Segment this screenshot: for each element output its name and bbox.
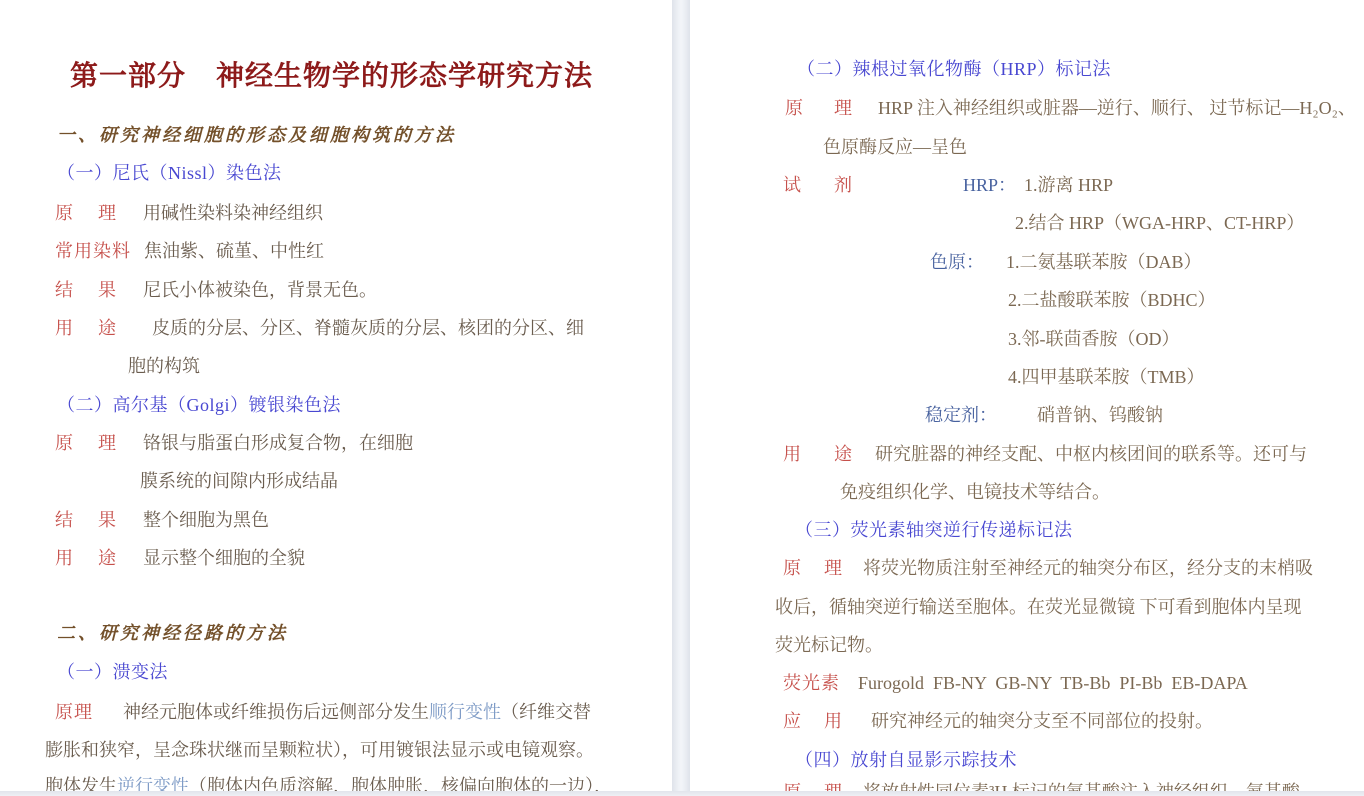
body-text: 焦油紫、硫堇、中性红 [144, 242, 324, 261]
body-text: 显示整个细胞的全貌 [143, 549, 305, 568]
page-gap-divider [672, 0, 690, 796]
degeneration-wrap-1: 膨胀和狭窄，呈念珠状继而呈颗粒状），可用镀银法显示或电镜观察。 [45, 741, 594, 760]
label-text: 应 [783, 712, 802, 731]
section-text: 一、研究神经细胞的形态及细胞构筑的方法 [57, 126, 456, 145]
label-text: 用 [55, 549, 74, 568]
body-text: 3.邻-联茴香胺（OD） [1008, 330, 1180, 349]
heading-text: （二）高尔基（Golgi）镀银染色法 [57, 396, 341, 415]
label-text: 原 [785, 99, 804, 118]
body-text: 1.二氨基联苯胺（DAB） [1006, 253, 1202, 272]
bluelabel-text: 色原： [930, 253, 984, 272]
hrp-principle-wrap: 色原酶反应—呈色 [823, 138, 967, 157]
body-text: 免疫组织化学、电镜技术等结合。 [840, 483, 1110, 502]
label-text: 果 [98, 511, 117, 530]
label-text: 理 [824, 559, 843, 578]
bluelabel-text: 稳定剂： [925, 406, 997, 425]
fluorescent-use: 应用研究神经元的轴突分支至不同部位的投射。 [783, 712, 1213, 731]
body-text: 硝普钠、钨酸钠 [1037, 406, 1163, 425]
chromogen-2: 2.二盐酸联苯胺（BDHC） [1008, 291, 1216, 310]
section-2-heading: 二、研究神经径路的方法 [57, 624, 288, 643]
label-text: 荧光素 [783, 674, 840, 693]
golgi-principle: 原理铬银与脂蛋白形成复合物，在细胞 [55, 434, 413, 453]
body-text: 神经元胞体或纤维损伤后远侧部分发生 [123, 703, 429, 722]
nissl-use: 用途皮质的分层、分区、脊髓灰质的分层、核团的分区、细 [55, 319, 584, 338]
stabilizer: 稳定剂：硝普钠、钨酸钠 [925, 406, 1163, 425]
label-text: 果 [98, 281, 117, 300]
body-text: 整个细胞为黑色 [143, 511, 269, 530]
label-text: 原 [783, 559, 802, 578]
label-text: 理 [98, 434, 117, 453]
degeneration-heading: （一）溃变法 [57, 663, 168, 682]
body-text: 1.游离 HRP [1024, 176, 1113, 195]
title-text: 第一部分 [70, 61, 186, 91]
nissl-use-wrap: 胞的构筑 [128, 357, 200, 376]
body-text: 研究神经元的轴突分支至不同部位的投射。 [871, 712, 1213, 731]
chromogen-4: 4.四甲基联苯胺（TMB） [1008, 368, 1205, 387]
body-text: 尼氏小体被染色，背景无色。 [143, 281, 377, 300]
label-text: 结 [55, 281, 74, 300]
label-text: 途 [98, 549, 117, 568]
page-right: （二）辣根过氧化物酶（HRP）标记法原理HRP 注入神经组织或脏器—逆行、顺行、… [690, 0, 1364, 796]
page-left: 第一部分神经生物学的形态学研究方法一、研究神经细胞的形态及细胞构筑的方法（一）尼… [0, 0, 672, 796]
nissl-result: 结果尼氏小体被染色，背景无色。 [55, 281, 377, 300]
fluorescent-principle: 原理将荧光物质注射至神经元的轴突分布区，经分支的末梢吸 [783, 559, 1313, 578]
chromogen-3: 3.邻-联茴香胺（OD） [1008, 330, 1180, 349]
fluorescent-wrap-1: 收后，循轴突逆行输送至胞体。在荧光显微镜 下可看到胞体内呈现 [775, 598, 1302, 617]
fluorescent-wrap-2: 荧光标记物。 [775, 636, 883, 655]
label-text: 常用染料 [55, 242, 131, 261]
hrp-reagent-2: 2.结合 HRP（WGA-HRP、CT-HRP） [1015, 214, 1304, 233]
body-text: 研究脏器的神经支配、中枢内核团间的联系等。还可与 [875, 445, 1307, 464]
label-text: 理 [834, 99, 853, 118]
label-text: 途 [834, 445, 853, 464]
body-text: 荧光标记物。 [775, 636, 883, 655]
autoradiography-heading: （四）放射自显影示踪技术 [795, 751, 1017, 770]
bottom-page-edge [0, 791, 1364, 796]
label-text: 试 [783, 176, 802, 195]
golgi-principle-wrap: 膜系统的间隙内形成结晶 [140, 472, 338, 491]
section-1-heading: 一、研究神经细胞的形态及细胞构筑的方法 [57, 126, 456, 145]
label-text: 原理 [55, 703, 93, 722]
label-text: 剂 [834, 176, 853, 195]
label-text: 用 [783, 445, 802, 464]
label-text: 用 [55, 319, 74, 338]
label-text: 原 [55, 434, 74, 453]
heading-text: （四）放射自显影示踪技术 [795, 751, 1017, 770]
heading-text: （三）荧光素轴突逆行传递标记法 [795, 521, 1073, 540]
body-text: 2.结合 HRP（WGA-HRP、CT-HRP） [1015, 214, 1304, 233]
document-canvas: { "document": { "colors": { "title": "#8… [0, 0, 1364, 796]
body-text: 用碱性染料染神经组织 [143, 204, 323, 223]
body-text: 胞的构筑 [128, 357, 200, 376]
body-text: 收后，循轴突逆行输送至胞体。在荧光显微镜 下可看到胞体内呈现 [775, 598, 1302, 617]
heading-text: （二）辣根过氧化物酶（HRP）标记法 [797, 60, 1111, 79]
body-text: 4.四甲基联苯胺（TMB） [1008, 368, 1205, 387]
title-text: 神经生物学的形态学研究方法 [216, 61, 593, 91]
part-title: 第一部分神经生物学的形态学研究方法 [70, 61, 593, 91]
heading-text: （一）溃变法 [57, 663, 168, 682]
golgi-use: 用途显示整个细胞的全貌 [55, 549, 305, 568]
chromogen-1: 色原：1.二氨基联苯胺（DAB） [930, 253, 1202, 272]
degeneration-principle: 原理神经元胞体或纤维损伤后远侧部分发生顺行变性（纤维交替 [55, 703, 591, 722]
label-text: 途 [98, 319, 117, 338]
blue-text: 顺行变性 [429, 703, 501, 722]
bluelabel-text: HRP： [963, 176, 1016, 195]
hrp-use: 用途研究脏器的神经支配、中枢内核团间的联系等。还可与 [783, 445, 1307, 464]
section-text: 二、研究神经径路的方法 [57, 624, 288, 643]
golgi-heading: （二）高尔基（Golgi）镀银染色法 [57, 396, 341, 415]
body-text: 2.二盐酸联苯胺（BDHC） [1008, 291, 1216, 310]
body-text: 铬银与脂蛋白形成复合物，在细胞 [143, 434, 413, 453]
body-text: 膨胀和狭窄，呈念珠状继而呈颗粒状），可用镀银法显示或电镜观察。 [45, 741, 594, 760]
body-text: Furogold FB-NY GB-NY TB-Bb PI-Bb EB-DAPA [858, 674, 1248, 693]
hrp-reagent: 试剂HRP：1.游离 HRP [783, 176, 1113, 195]
nissl-principle: 原理用碱性染料染神经组织 [55, 204, 323, 223]
nissl-heading: （一）尼氏（Nissl）染色法 [57, 164, 282, 183]
hrp-use-wrap: 免疫组织化学、电镜技术等结合。 [840, 483, 1110, 502]
body-text: 皮质的分层、分区、脊髓灰质的分层、核团的分区、细 [152, 319, 584, 338]
body-text: 膜系统的间隙内形成结晶 [140, 472, 338, 491]
golgi-result: 结果整个细胞为黑色 [55, 511, 269, 530]
fluorescent-heading: （三）荧光素轴突逆行传递标记法 [795, 521, 1073, 540]
hrp-heading: （二）辣根过氧化物酶（HRP）标记法 [797, 60, 1111, 79]
label-text: 原 [55, 204, 74, 223]
nissl-dyes: 常用染料焦油紫、硫堇、中性红 [55, 242, 324, 261]
body-text: HRP 注入神经组织或脏器—逆行、顺行、 过节标记—H₂O₂、 [878, 99, 1356, 118]
heading-text: （一）尼氏（Nissl）染色法 [57, 164, 282, 183]
body-text: 色原酶反应—呈色 [823, 138, 967, 157]
fluorochromes: 荧光素Furogold FB-NY GB-NY TB-Bb PI-Bb EB-D… [783, 674, 1248, 693]
hrp-principle: 原理HRP 注入神经组织或脏器—逆行、顺行、 过节标记—H₂O₂、 [785, 99, 1356, 118]
label-text: 理 [98, 204, 117, 223]
label-text: 用 [824, 712, 843, 731]
body-text: （纤维交替 [501, 703, 591, 722]
body-text: 将荧光物质注射至神经元的轴突分布区，经分支的末梢吸 [863, 559, 1313, 578]
label-text: 结 [55, 511, 74, 530]
